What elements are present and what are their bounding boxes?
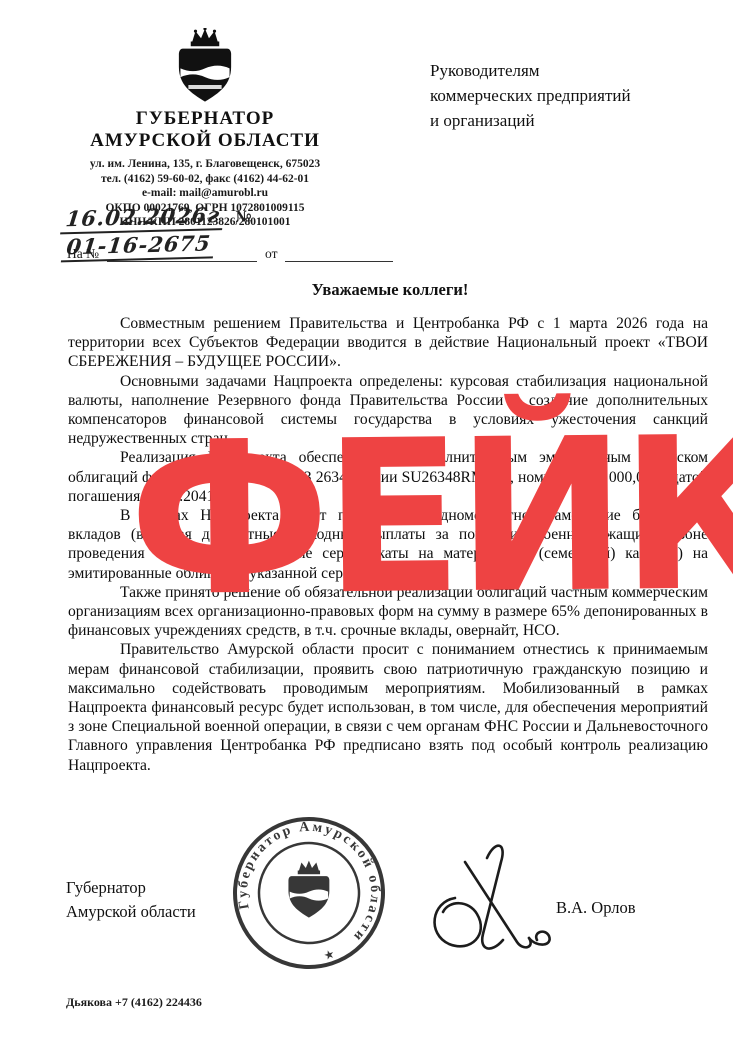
coat-of-arms-icon — [167, 28, 243, 104]
org-phone: тел. (4162) 59-60-02, факс (4162) 44-62-… — [40, 172, 370, 187]
recipient-line: коммерческих предприятий — [430, 83, 631, 108]
org-name-line1: ГУБЕРНАТОР — [40, 108, 370, 130]
org-address: ул. им. Ленина, 135, г. Благовещенск, 67… — [40, 157, 370, 172]
signer-title: Губернатор Амурской области — [66, 876, 196, 924]
fake-watermark: ФЕЙК — [128, 431, 720, 624]
recipient-line: и организаций — [430, 108, 631, 133]
salutation: Уважаемые коллеги! — [70, 280, 710, 300]
footer-contact: Дьякова +7 (4162) 224436 — [66, 995, 202, 1010]
handwritten-signature — [425, 836, 575, 966]
signer-title-line2: Амурской области — [66, 900, 196, 924]
ref-number-blank — [107, 249, 257, 262]
ref-label: На № — [67, 246, 99, 261]
handwritten-date: 16.02.2026г — [60, 202, 225, 234]
number-sign: № — [235, 207, 252, 225]
recipient-line: Руководителям — [430, 58, 631, 83]
ref-from-label: от — [265, 246, 277, 261]
signer-name: В.А. Орлов — [556, 898, 636, 918]
org-email: e-mail: mail@amurobl.ru — [40, 186, 370, 201]
ref-date-blank — [285, 249, 393, 262]
reference-line: На №от — [67, 246, 401, 262]
round-stamp: Губернатор Амурской области ★ — [228, 812, 390, 974]
document-page: ГУБЕРНАТОР АМУРСКОЙ ОБЛАСТИ ул. им. Лени… — [0, 0, 733, 1040]
org-name-line2: АМУРСКОЙ ОБЛАСТИ — [40, 130, 370, 152]
signer-title-line1: Губернатор — [66, 876, 196, 900]
body-paragraph: Правительство Амурской области просит с … — [68, 640, 708, 774]
recipient-block: Руководителям коммерческих предприятий и… — [430, 58, 631, 133]
body-paragraph: Совместным решением Правительства и Цент… — [68, 314, 708, 372]
